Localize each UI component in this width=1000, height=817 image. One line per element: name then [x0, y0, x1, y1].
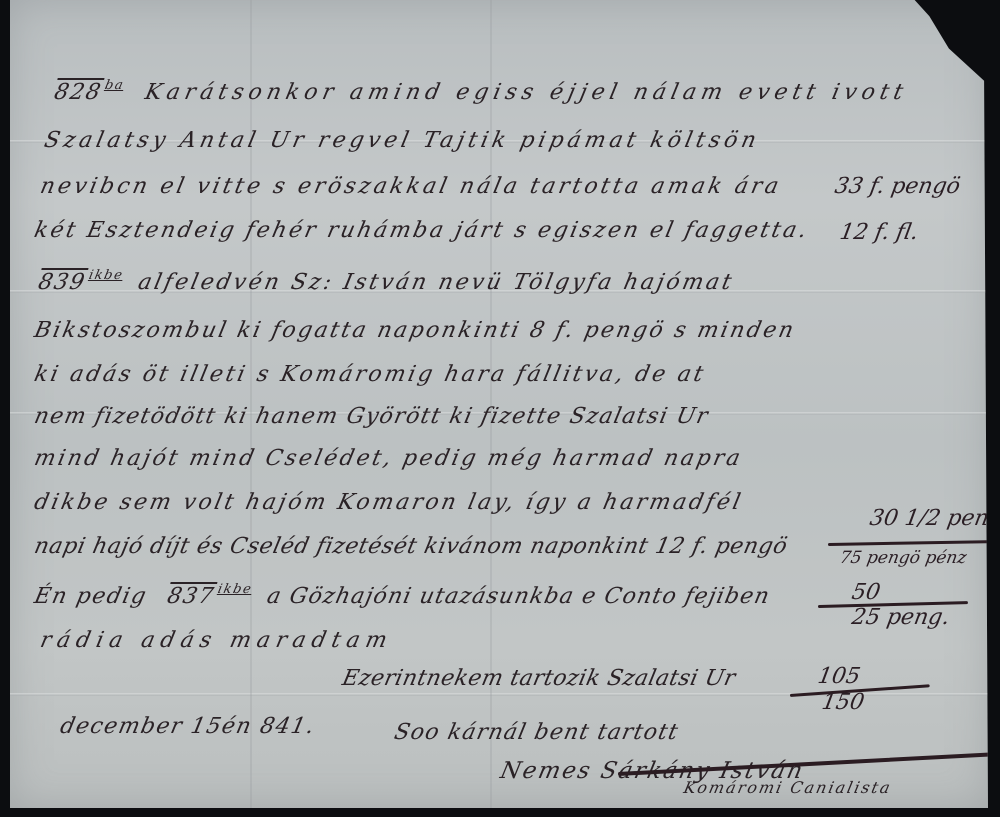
amount-105: 105	[816, 664, 862, 689]
text-line-9: mind hajót mind Cselédet, pedig még harm…	[32, 446, 745, 471]
sum-line	[828, 540, 988, 546]
text-line-1: 828ba Karátsonkor amind egiss éjjel nála…	[52, 78, 911, 105]
amount-25-peng: 25 peng.	[850, 605, 952, 630]
document-page: 828ba Karátsonkor amind egiss éjjel nála…	[10, 0, 988, 808]
text-line-14: Ezerintnekem tartozik Szalatsi Ur	[340, 666, 738, 691]
text-line-6: Bikstoszombul ki fogatta naponkinti 8 f.…	[32, 318, 798, 343]
signature-title: Komáromi Canialista	[682, 778, 894, 797]
document-date: december 15én 841.	[58, 714, 318, 739]
entry-suffix: ba	[103, 78, 125, 93]
entry-number: 828	[52, 80, 104, 105]
line-text: alfeledvén Sz: István nevü Tölgyfa hajóm…	[136, 270, 737, 295]
text-line-10: dikbe sem volt hajóm Komaron lay, így a …	[32, 490, 745, 515]
amount-150: 150	[820, 690, 866, 715]
entry-suffix: ikbe	[87, 268, 125, 283]
text-line-2: Szalatsy Antal Ur regvel Tajtik pipámat …	[42, 128, 762, 153]
text-line-3: nevibcn el vitte s eröszakkal nála tarto…	[38, 174, 784, 199]
text-line-11: napi hajó díjt és Cseléd fizetését kiván…	[32, 534, 790, 559]
text-line-5: 839ikbe alfeledvén Sz: István nevü Tölgy…	[36, 268, 737, 295]
text-line-8: nem fizetödött ki hanem Györött ki fizet…	[32, 404, 711, 429]
line-text: Karátsonkor amind egiss éjjel nálam evet…	[143, 80, 911, 105]
text-line-12: Én pedig 837ikbe a Gözhajóni utazásunkba…	[32, 582, 773, 609]
amount-12-fl: 12 f. fl.	[838, 220, 920, 245]
text-line-15: Soo kárnál bent tartott	[392, 720, 681, 745]
line-text: a Gözhajóni utazásunkba e Conto fejiben	[265, 584, 773, 609]
entry-number: 837	[165, 584, 217, 609]
text-line-7: ki adás öt illeti s Komáromig hara fálli…	[32, 362, 708, 387]
text-line-4: két Esztendeig fehér ruhámba járt s egis…	[32, 218, 811, 243]
amount-75-pengo: 75 pengö pénz	[838, 548, 968, 568]
entry-number: 839	[36, 270, 88, 295]
amount-33-pengo: 33 f. pengö	[833, 174, 962, 199]
line-text: Én pedig	[32, 584, 150, 609]
amount-30-pengo: 30 1/2 pengö	[868, 506, 1000, 531]
amount-50: 50	[850, 580, 882, 605]
text-line-13: rádia adás maradtam	[38, 628, 395, 653]
entry-suffix: ikbe	[216, 582, 254, 597]
